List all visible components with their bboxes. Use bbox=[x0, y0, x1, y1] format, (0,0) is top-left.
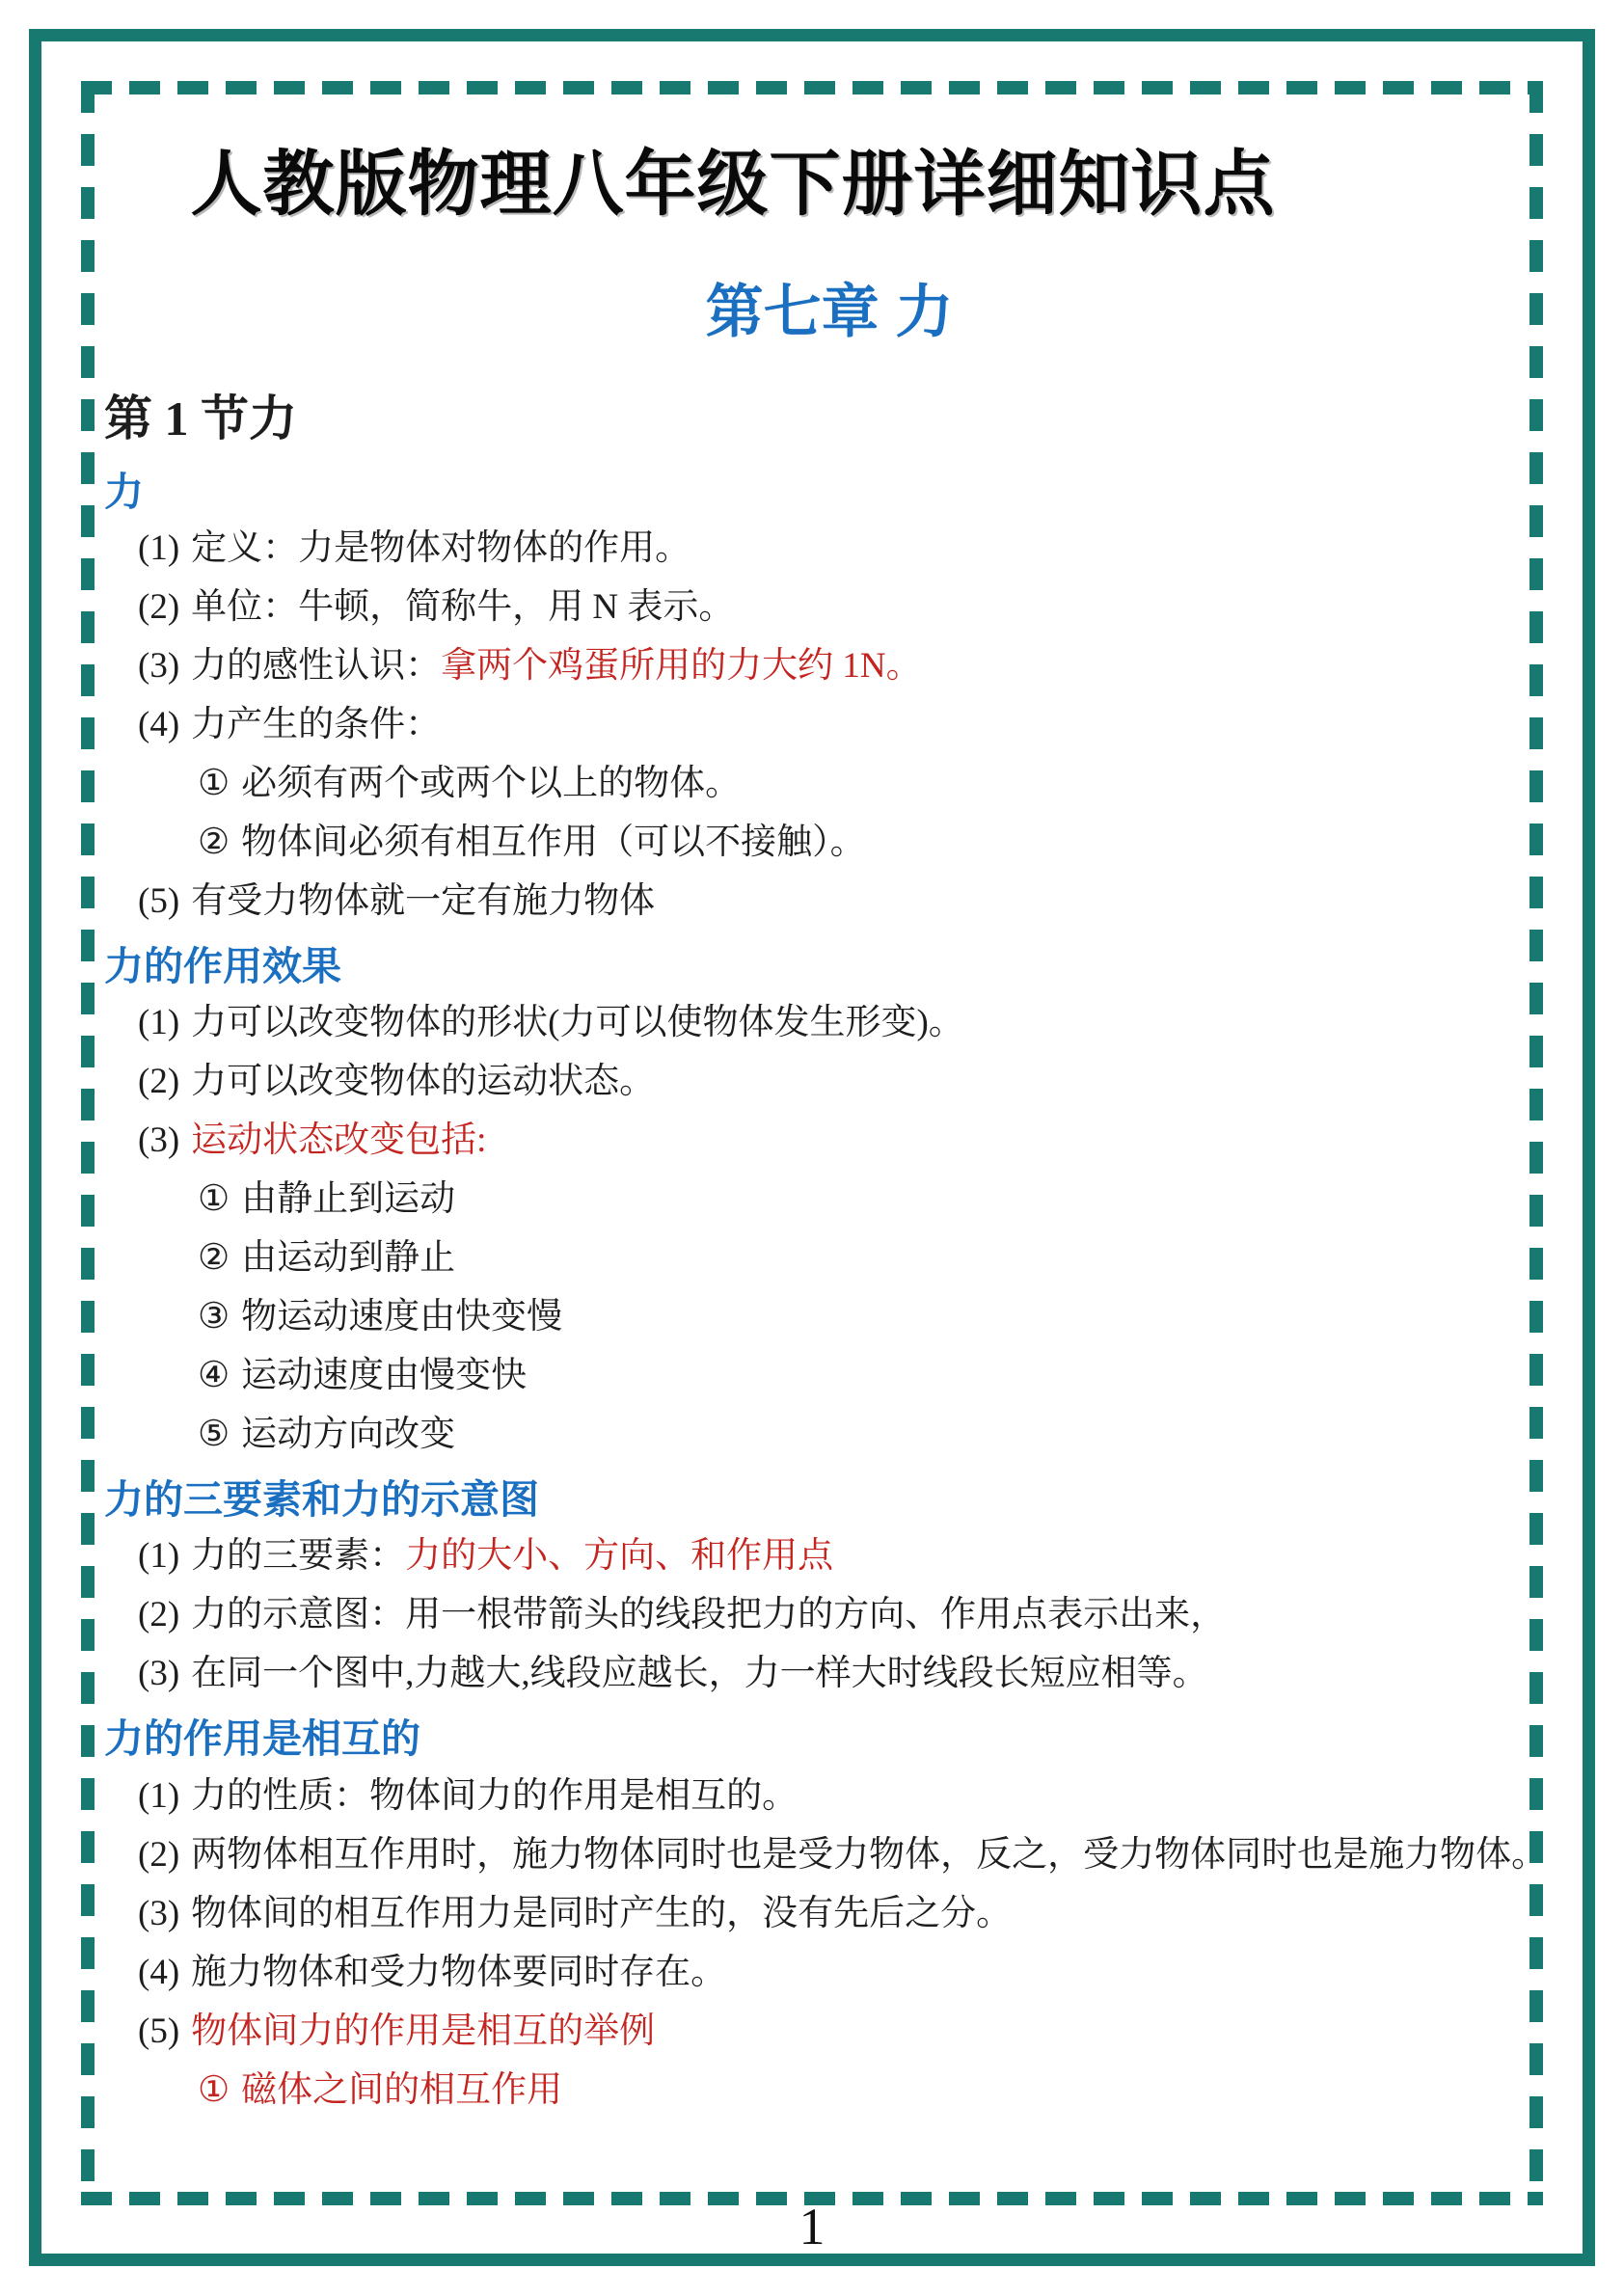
item-number: (2) bbox=[138, 587, 179, 628]
list-subitem: ④运动速度由慢变快 bbox=[104, 1356, 1555, 1396]
item-number: (2) bbox=[138, 1595, 179, 1635]
list-subitem: ③物运动速度由快变慢 bbox=[104, 1297, 1555, 1337]
item-number: (3) bbox=[138, 1654, 179, 1694]
item-number: (5) bbox=[138, 881, 179, 922]
item-text: 定义：力是物体对物体的作用。 bbox=[191, 528, 690, 568]
item-text-red: 拿两个鸡蛋所用的力大约 1N。 bbox=[441, 646, 921, 686]
list-item: (3)在同一个图中,力越大,线段应越长，力一样大时线段长短应相等。 bbox=[104, 1654, 1555, 1694]
item-text: 力的示意图：用一根带箭头的线段把力的方向、作用点表示出来， bbox=[191, 1595, 1226, 1634]
chapter-title: 第七章 力 bbox=[104, 279, 1555, 345]
page-number: 1 bbox=[799, 2200, 826, 2253]
item-text: 两物体相互作用时，施力物体同时也是受力物体，反之，受力物体同时也是施力物体。 bbox=[191, 1835, 1547, 1875]
item-text: 由运动到静止 bbox=[241, 1238, 455, 1278]
item-number: ④ bbox=[198, 1356, 230, 1396]
dashed-border-top bbox=[81, 81, 1543, 94]
section-heading: 力的作用效果 bbox=[104, 943, 1555, 990]
item-number: (1) bbox=[138, 1003, 179, 1043]
lesson-title: 第 1 节力 bbox=[104, 390, 1555, 447]
list-subitem: ①由静止到运动 bbox=[104, 1179, 1555, 1220]
item-number: ② bbox=[198, 823, 230, 863]
item-text-red: 物体间力的作用是相互的举例 bbox=[191, 2011, 655, 2051]
list-item: (2)力的示意图：用一根带箭头的线段把力的方向、作用点表示出来， bbox=[104, 1595, 1555, 1635]
list-item: (2)力可以改变物体的运动状态。 bbox=[104, 1062, 1555, 1102]
section-force: 力 (1)定义：力是物体对物体的作用。 (2)单位：牛顿，简称牛，用 N 表示。… bbox=[104, 469, 1555, 922]
item-text: 力可以改变物体的运动状态。 bbox=[191, 1062, 655, 1101]
item-number: (2) bbox=[138, 1835, 179, 1876]
list-item: (1)定义：力是物体对物体的作用。 bbox=[104, 528, 1555, 569]
item-number: (1) bbox=[138, 528, 179, 569]
section-force-effects: 力的作用效果 (1)力可以改变物体的形状(力可以使物体发生形变)。 (2)力可以… bbox=[104, 943, 1555, 1455]
dashed-border-left bbox=[81, 81, 95, 2205]
item-text-red: 力的大小、方向、和作用点 bbox=[405, 1536, 833, 1576]
list-item: (5)有受力物体就一定有施力物体 bbox=[104, 881, 1555, 922]
list-item: (4)施力物体和受力物体要同时存在。 bbox=[104, 1953, 1555, 1993]
list-item: (1)力的性质：物体间力的作用是相互的。 bbox=[104, 1776, 1555, 1817]
list-item: (3)力的感性认识：拿两个鸡蛋所用的力大约 1N。 bbox=[104, 646, 1555, 687]
item-text: 物运动速度由快变慢 bbox=[241, 1297, 562, 1336]
item-text: 力可以改变物体的形状(力可以使物体发生形变)。 bbox=[191, 1003, 964, 1042]
item-text: 必须有两个或两个以上的物体。 bbox=[241, 764, 741, 803]
item-number: (3) bbox=[138, 1894, 179, 1934]
item-text: 物体间必须有相互作用（可以不接触）。 bbox=[241, 823, 866, 862]
list-item: (1)力的三要素：力的大小、方向、和作用点 bbox=[104, 1536, 1555, 1577]
item-number: (3) bbox=[138, 646, 179, 687]
item-number: ① bbox=[198, 2070, 230, 2111]
section-mutual-action: 力的作用是相互的 (1)力的性质：物体间力的作用是相互的。 (2)两物体相互作用… bbox=[104, 1715, 1555, 2110]
list-subitem: ①必须有两个或两个以上的物体。 bbox=[104, 764, 1555, 804]
section-heading: 力 bbox=[104, 469, 1555, 516]
item-text: 由静止到运动 bbox=[241, 1179, 455, 1219]
item-text: 力的性质：物体间力的作用是相互的。 bbox=[191, 1776, 798, 1816]
list-item: (3)物体间的相互作用力是同时产生的，没有先后之分。 bbox=[104, 1894, 1555, 1934]
section-three-elements: 力的三要素和力的示意图 (1)力的三要素：力的大小、方向、和作用点 (2)力的示… bbox=[104, 1476, 1555, 1694]
list-item: (2)单位：牛顿，简称牛，用 N 表示。 bbox=[104, 587, 1555, 628]
list-subitem: ①磁体之间的相互作用 bbox=[104, 2070, 1555, 2111]
item-number: (1) bbox=[138, 1776, 179, 1817]
section-heading: 力的作用是相互的 bbox=[104, 1715, 1555, 1763]
list-item: (5)物体间力的作用是相互的举例 bbox=[104, 2011, 1555, 2052]
item-number: (3) bbox=[138, 1120, 179, 1161]
item-number: ⑤ bbox=[198, 1415, 230, 1455]
list-subitem: ⑤运动方向改变 bbox=[104, 1415, 1555, 1455]
item-number: (4) bbox=[138, 1953, 179, 1993]
item-text-red: 运动状态改变包括: bbox=[191, 1120, 486, 1160]
item-number: ① bbox=[198, 764, 230, 804]
item-text: 有受力物体就一定有施力物体 bbox=[191, 881, 655, 921]
item-number: (5) bbox=[138, 2011, 179, 2052]
item-text: 在同一个图中,力越大,线段应越长，力一样大时线段长短应相等。 bbox=[191, 1654, 1208, 1693]
item-text: 运动速度由慢变快 bbox=[241, 1356, 527, 1395]
item-number: ③ bbox=[198, 1297, 230, 1337]
item-number: (1) bbox=[138, 1536, 179, 1577]
list-subitem: ②物体间必须有相互作用（可以不接触）。 bbox=[104, 823, 1555, 863]
item-number: ② bbox=[198, 1238, 230, 1279]
item-text: 力的感性认识： bbox=[191, 646, 441, 686]
list-item: (1)力可以改变物体的形状(力可以使物体发生形变)。 bbox=[104, 1003, 1555, 1043]
page-title: 人教版物理八年级下册详细知识点 bbox=[8, 145, 1458, 225]
item-text: 运动方向改变 bbox=[241, 1415, 455, 1454]
list-subitem: ②由运动到静止 bbox=[104, 1238, 1555, 1279]
item-text: 施力物体和受力物体要同时存在。 bbox=[191, 1953, 726, 1992]
list-item: (3)运动状态改变包括: bbox=[104, 1120, 1555, 1161]
item-number: ① bbox=[198, 1179, 230, 1220]
item-text: 单位：牛顿，简称牛，用 N 表示。 bbox=[191, 587, 734, 627]
item-number: (4) bbox=[138, 705, 179, 745]
section-heading: 力的三要素和力的示意图 bbox=[104, 1476, 1555, 1524]
item-text: 力产生的条件： bbox=[191, 705, 441, 744]
page-content: 人教版物理八年级下册详细知识点 第七章 力 第 1 节力 力 (1)定义：力是物… bbox=[104, 145, 1555, 2129]
list-item: (2)两物体相互作用时，施力物体同时也是受力物体，反之，受力物体同时也是施力物体… bbox=[104, 1835, 1555, 1876]
item-text: 力的三要素： bbox=[191, 1536, 405, 1576]
item-text-red: 磁体之间的相互作用 bbox=[241, 2070, 562, 2110]
item-number: (2) bbox=[138, 1062, 179, 1102]
item-text: 物体间的相互作用力是同时产生的，没有先后之分。 bbox=[191, 1894, 1012, 1933]
document-page: 人教版物理八年级下册详细知识点 第七章 力 第 1 节力 力 (1)定义：力是物… bbox=[0, 0, 1624, 2295]
list-item: (4)力产生的条件： bbox=[104, 705, 1555, 745]
